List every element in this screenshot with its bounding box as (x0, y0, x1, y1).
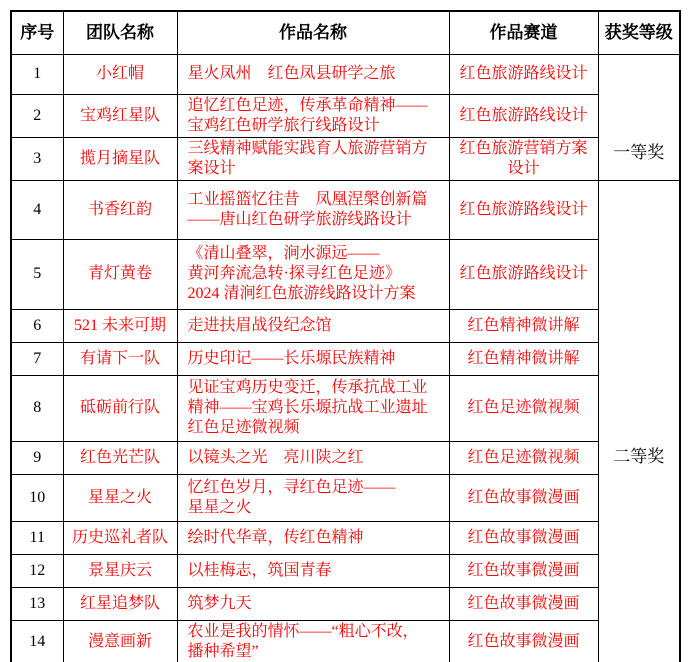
table-row: 12 景星庆云 以桂梅志，筑国青春 红色故事微漫画 (11, 554, 680, 587)
track-name: 红色足迹微视频 (449, 441, 598, 474)
team-name: 历史巡礼者队 (63, 521, 177, 554)
row-number: 1 (11, 54, 63, 94)
row-number: 4 (11, 180, 63, 239)
team-name: 红色光芒队 (63, 441, 177, 474)
table-row: 11 历史巡礼者队 绘时代华章，传红色精神 红色故事微漫画 (11, 521, 680, 554)
header-cell-award: 获奖等级 (598, 11, 680, 54)
team-name: 星星之火 (63, 474, 177, 521)
award-level-second: 二等奖 (598, 180, 680, 662)
row-number: 3 (11, 137, 63, 180)
track-name: 红色旅游路线设计 (449, 239, 598, 309)
row-number: 5 (11, 239, 63, 309)
track-name: 红色旅游路线设计 (449, 180, 598, 239)
track-name: 红色故事微漫画 (449, 587, 598, 620)
work-title: 农业是我的情怀——“粗心不改， 播种希望” (177, 620, 449, 662)
table-row: 14 漫意画新 农业是我的情怀——“粗心不改， 播种希望” 红色故事微漫画 (11, 620, 680, 662)
header-cell-team: 团队名称 (63, 11, 177, 54)
work-title: 筑梦九天 (177, 587, 449, 620)
team-name: 揽月摘星队 (63, 137, 177, 180)
row-number: 10 (11, 474, 63, 521)
work-title: 三线精神赋能实践育人旅游营销方 案设计 (177, 137, 449, 180)
work-title: 走进扶眉战役纪念馆 (177, 309, 449, 342)
track-name: 红色旅游营销方案 设计 (449, 137, 598, 180)
table-row: 9 红色光芒队 以镜头之光 亮川陕之红 红色足迹微视频 (11, 441, 680, 474)
team-name: 青灯黄卷 (63, 239, 177, 309)
work-title: 以桂梅志，筑国青春 (177, 554, 449, 587)
row-number: 7 (11, 342, 63, 375)
table-row: 6 521 未来可期 走进扶眉战役纪念馆 红色精神微讲解 (11, 309, 680, 342)
track-name: 红色旅游路线设计 (449, 54, 598, 94)
work-title: 星火凤州 红色凤县研学之旅 (177, 54, 449, 94)
table-row: 2 宝鸡红星队 追忆红色足迹，传承革命精神—— 宝鸡红色研学旅行线路设计 红色旅… (11, 94, 680, 137)
row-number: 6 (11, 309, 63, 342)
row-number: 8 (11, 375, 63, 441)
row-number: 13 (11, 587, 63, 620)
track-name: 红色精神微讲解 (449, 342, 598, 375)
team-name: 小红帽 (63, 54, 177, 94)
row-number: 2 (11, 94, 63, 137)
header-cell-no: 序号 (11, 11, 63, 54)
work-title: 历史印记——长乐塬民族精神 (177, 342, 449, 375)
award-results-table: 序号 团队名称 作品名称 作品赛道 获奖等级 1 小红帽 星火凤州 红色凤县研学… (10, 10, 681, 662)
table-row: 7 有请下一队 历史印记——长乐塬民族精神 红色精神微讲解 (11, 342, 680, 375)
table-row: 10 星星之火 忆红色岁月，寻红色足迹—— 星星之火 红色故事微漫画 (11, 474, 680, 521)
work-title: 《清山叠翠，涧水源远—— 黄河奔流急转·探寻红色足迹》 2024 清涧红色旅游线… (177, 239, 449, 309)
team-name: 景星庆云 (63, 554, 177, 587)
table-row: 5 青灯黄卷 《清山叠翠，涧水源远—— 黄河奔流急转·探寻红色足迹》 2024 … (11, 239, 680, 309)
table-row: 8 砥砺前行队 见证宝鸡历史变迁，传承抗战工业 精神——宝鸡长乐塬抗战工业遗址 … (11, 375, 680, 441)
work-title: 见证宝鸡历史变迁，传承抗战工业 精神——宝鸡长乐塬抗战工业遗址 红色足迹微视频 (177, 375, 449, 441)
table-row: 1 小红帽 星火凤州 红色凤县研学之旅 红色旅游路线设计 一等奖 (11, 54, 680, 94)
row-number: 9 (11, 441, 63, 474)
work-title: 以镜头之光 亮川陕之红 (177, 441, 449, 474)
team-name: 521 未来可期 (63, 309, 177, 342)
track-name: 红色故事微漫画 (449, 474, 598, 521)
table-row: 3 揽月摘星队 三线精神赋能实践育人旅游营销方 案设计 红色旅游营销方案 设计 (11, 137, 680, 180)
track-name: 红色故事微漫画 (449, 620, 598, 662)
team-name: 书香红韵 (63, 180, 177, 239)
table-row: 4 书香红韵 工业摇篮忆往昔 凤凰涅槃创新篇 ——唐山红色研学旅游线路设计 红色… (11, 180, 680, 239)
track-name: 红色故事微漫画 (449, 521, 598, 554)
track-name: 红色精神微讲解 (449, 309, 598, 342)
header-cell-work: 作品名称 (177, 11, 449, 54)
track-name: 红色旅游路线设计 (449, 94, 598, 137)
team-name: 红星追梦队 (63, 587, 177, 620)
work-title: 追忆红色足迹，传承革命精神—— 宝鸡红色研学旅行线路设计 (177, 94, 449, 137)
track-name: 红色故事微漫画 (449, 554, 598, 587)
award-level-first: 一等奖 (598, 54, 680, 180)
work-title: 忆红色岁月，寻红色足迹—— 星星之火 (177, 474, 449, 521)
row-number: 11 (11, 521, 63, 554)
work-title: 工业摇篮忆往昔 凤凰涅槃创新篇 ——唐山红色研学旅游线路设计 (177, 180, 449, 239)
header-row: 序号 团队名称 作品名称 作品赛道 获奖等级 (11, 11, 680, 54)
team-name: 漫意画新 (63, 620, 177, 662)
table-row: 13 红星追梦队 筑梦九天 红色故事微漫画 (11, 587, 680, 620)
row-number: 12 (11, 554, 63, 587)
header-cell-track: 作品赛道 (449, 11, 598, 54)
team-name: 有请下一队 (63, 342, 177, 375)
row-number: 14 (11, 620, 63, 662)
team-name: 砥砺前行队 (63, 375, 177, 441)
track-name: 红色足迹微视频 (449, 375, 598, 441)
work-title: 绘时代华章，传红色精神 (177, 521, 449, 554)
team-name: 宝鸡红星队 (63, 94, 177, 137)
